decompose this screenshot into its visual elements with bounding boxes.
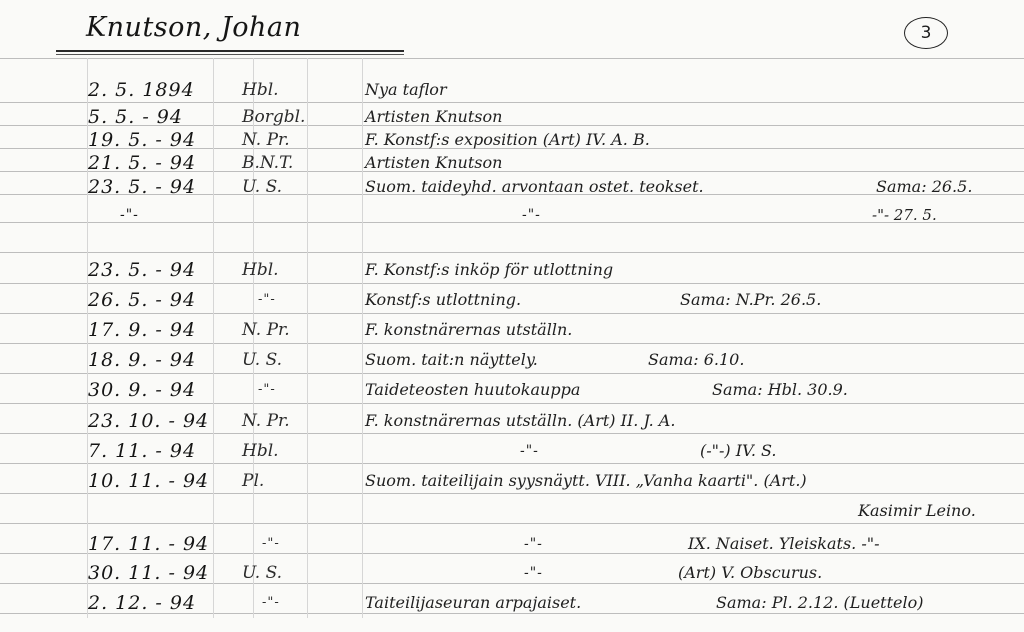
entry-row: 23. 5. - 94 Hbl. F. Konstf:s inköp för u… [0,259,1024,281]
rule-line [0,102,1024,103]
entry-note: F. konstnärernas utställn. [365,319,572,341]
entry-date: 2. 12. - 94 [88,592,213,614]
entry-extra: (Art) V. Obscurus. [678,562,822,584]
entry-note-ditto: -"- [524,562,543,584]
entry-row: 2. 5. 1894 Hbl. Nya taflor [0,79,1024,101]
entry-paper: N. Pr. [242,129,322,151]
entry-row: 5. 5. - 94 Borgbl. Artisten Knutson [0,106,1024,128]
entry-extra: Sama: N.Pr. 26.5. [680,289,821,311]
entry-note: F. konstnärernas utställn. (Art) II. J. … [365,410,675,432]
page-number-circle: 3 [904,17,948,49]
entry-paper: -"- [262,533,342,555]
entry-row: 10. 11. - 94 Pl. Suom. taiteilijain syys… [0,470,1024,492]
entry-note: Taiteilijaseuran arpajaiset. [365,592,581,614]
entry-note: Artisten Knutson [365,152,502,174]
entry-row: 30. 11. - 94 U. S. -"- (Art) V. Obscurus… [0,562,1024,584]
entry-date: 30. 9. - 94 [88,379,213,401]
entry-row: 19. 5. - 94 N. Pr. F. Konstf:s expositio… [0,129,1024,151]
entry-paper: -"- [262,592,342,614]
entry-row: 23. 10. - 94 N. Pr. F. konstnärernas uts… [0,410,1024,432]
entry-date: 21. 5. - 94 [88,152,213,174]
rule-line [0,403,1024,404]
entry-paper: -"- [258,289,338,311]
entry-row: 17. 9. - 94 N. Pr. F. konstnärernas utst… [0,319,1024,341]
entry-extra: (-"-) IV. S. [700,440,776,462]
entry-date: 7. 11. - 94 [88,440,213,462]
entry-date: 10. 11. - 94 [88,470,213,492]
entry-date-ditto: -"- [120,204,245,226]
entry-note: Nya taflor [365,79,447,101]
entry-date: 17. 9. - 94 [88,319,213,341]
entry-note: F. Konstf:s inköp för utlottning [365,259,613,281]
entry-extra: IX. Naiset. Yleiskats. -"- [688,533,880,555]
entry-extra: Sama: 6.10. [648,349,744,371]
entry-note: Taideteosten huutokauppa [365,379,580,401]
entry-paper: U. S. [242,176,322,198]
entry-row: -"- -"- -"- 27. 5. [0,204,1024,226]
entry-date: 19. 5. - 94 [88,129,213,151]
entry-note-ditto: -"- [524,533,543,555]
entry-paper: U. S. [242,562,322,584]
entry-row: 18. 9. - 94 U. S. Suom. tait:n näyttely.… [0,349,1024,371]
card-title: Knutson, Johan [86,12,301,43]
rule-line [0,433,1024,434]
entry-row: Kasimir Leino. [0,500,1024,522]
entry-note: Artisten Knutson [365,106,502,128]
entry-date: 17. 11. - 94 [88,533,213,555]
entry-date: 23. 5. - 94 [88,176,213,198]
entry-row: 21. 5. - 94 B.N.T. Artisten Knutson [0,152,1024,174]
entry-paper: Hbl. [242,259,322,281]
entry-note: F. Konstf:s exposition (Art) IV. A. B. [365,129,650,151]
entry-row: 17. 11. - 94 -"- -"- IX. Naiset. Yleiska… [0,533,1024,555]
entry-paper: -"- [258,379,338,401]
rule-line [0,523,1024,524]
entry-date: 26. 5. - 94 [88,289,213,311]
archive-index-card: Knutson, Johan 3 2. 5. 1894 Hbl. Nya taf… [0,0,1024,632]
entry-paper: B.N.T. [242,152,322,174]
rule-line [0,283,1024,284]
entry-paper: Hbl. [242,79,322,101]
entry-extra: Sama: 26.5. [876,176,972,198]
entry-note-ditto: -"- [520,440,539,462]
entry-paper: Hbl. [242,440,322,462]
entry-date: 23. 5. - 94 [88,259,213,281]
rule-line [0,373,1024,374]
entry-paper: U. S. [242,349,322,371]
title-underline [56,54,404,55]
entry-row: 30. 9. - 94 -"- Taideteosten huutokauppa… [0,379,1024,401]
entry-row: 26. 5. - 94 -"- Konstf:s utlottning. Sam… [0,289,1024,311]
entry-date: 5. 5. - 94 [88,106,213,128]
entry-date: 23. 10. - 94 [88,410,213,432]
entry-note: Suom. taideyhd. arvontaan ostet. teokset… [365,176,704,198]
entry-note: Suom. taiteilijain syysnäytt. VIII. „Van… [365,470,807,492]
rule-line [0,493,1024,494]
entry-note-ditto: -"- [522,204,541,226]
rule-line [0,463,1024,464]
rule-line [0,313,1024,314]
rule-line [0,252,1024,253]
entry-paper: Pl. [242,470,322,492]
entry-note: Konstf:s utlottning. [365,289,521,311]
entry-extra-signature: Kasimir Leino. [858,500,976,522]
rule-line [0,58,1024,59]
entry-extra: Sama: Hbl. 30.9. [712,379,848,401]
entry-note: Suom. tait:n näyttely. [365,349,538,371]
title-underline [56,50,404,52]
rule-line [0,343,1024,344]
entry-paper: N. Pr. [242,319,322,341]
entry-paper: Borgbl. [242,106,322,128]
entry-date: 30. 11. - 94 [88,562,213,584]
entry-date: 18. 9. - 94 [88,349,213,371]
entry-row: 7. 11. - 94 Hbl. -"- (-"-) IV. S. [0,440,1024,462]
entry-row: 2. 12. - 94 -"- Taiteilijaseuran arpajai… [0,592,1024,614]
entry-extra: Sama: Pl. 2.12. (Luettelo) [716,592,924,614]
entry-row: 23. 5. - 94 U. S. Suom. taideyhd. arvont… [0,176,1024,198]
entry-date: 2. 5. 1894 [88,79,213,101]
entry-extra: -"- 27. 5. [872,204,937,226]
entry-paper: N. Pr. [242,410,322,432]
